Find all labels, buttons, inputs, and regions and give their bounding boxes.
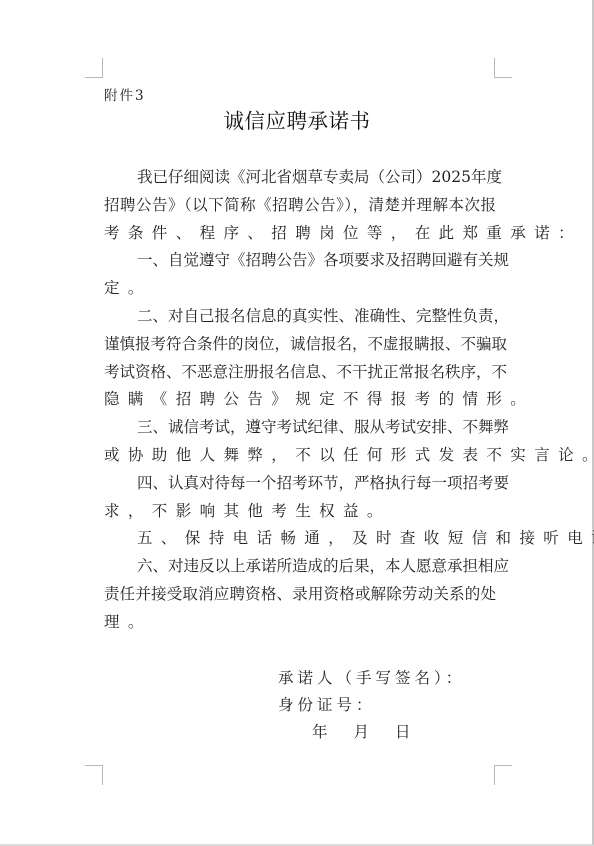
paragraph-intro-line: 招聘公告》（以下简称《招聘公告》），清楚并理解本次报 (104, 192, 496, 220)
paragraph-item-3-line: 三、诚信考试，遵守考试纪律、服从考试安排、不舞弊 (104, 414, 496, 442)
signature-name-label: 承诺人（手写签名）： (278, 666, 465, 688)
paragraph-item-4-line: 求，不影响其他考生权益。 (104, 498, 496, 526)
paragraph-item-2-line: 二、对自己报名信息的真实性、准确性、完整性负责， (104, 303, 496, 331)
margin-corner-bottom-right (494, 765, 512, 785)
paragraph-item-1-line: 一、自觉遵守《招聘公告》各项要求及招聘回避有关规 (104, 247, 496, 275)
paragraph-intro-line: 我已仔细阅读《河北省烟草专卖局（公司）2025年度 (104, 164, 496, 192)
signature-id-label: 身份证号： (278, 693, 376, 715)
paragraph-item-3-line: 或协助他人舞弊，不以任何形式发表不实言论。 (104, 442, 496, 470)
document-page: 附件3 诚信应聘承诺书 我已仔细阅读《河北省烟草专卖局（公司）2025年度 招聘… (0, 0, 594, 846)
date-month-label: 月 (354, 720, 370, 742)
paragraph-item-2-line: 考试资格、不恶意注册报名信息、不干扰正常报名秩序，不 (104, 359, 496, 387)
margin-corner-bottom-left (85, 765, 103, 785)
paragraph-intro-line: 考条件、程序、招聘岗位等，在此郑重承诺： (104, 220, 496, 248)
margin-corner-top-left (85, 58, 103, 78)
paragraph-item-5-line: 五、保持电话畅通，及时查收短信和接听电话。 (104, 525, 496, 553)
paragraph-item-6-line: 责任并接受取消应聘资格、录用资格或解除劳动关系的处 (104, 581, 496, 609)
document-body: 我已仔细阅读《河北省烟草专卖局（公司）2025年度 招聘公告》（以下简称《招聘公… (104, 164, 496, 637)
paragraph-item-2-line: 隐瞒《招聘公告》规定不得报考的情形。 (104, 386, 496, 414)
date-year-label: 年 (312, 720, 328, 742)
date-day-label: 日 (395, 720, 411, 742)
paragraph-item-4-line: 四、认真对待每一个招考环节，严格执行每一项招考要 (104, 470, 496, 498)
paragraph-item-6-line: 理。 (104, 609, 496, 637)
attachment-label: 附件3 (104, 84, 146, 104)
paragraph-item-6-line: 六、对违反以上承诺所造成的后果，本人愿意承担相应 (104, 553, 496, 581)
paragraph-item-2-line: 谨慎报考符合条件的岗位，诚信报名，不虚报瞒报、不骗取 (104, 331, 496, 359)
document-title: 诚信应聘承诺书 (0, 104, 594, 134)
signature-date: 年月日 (312, 720, 411, 742)
margin-corner-top-right (494, 58, 512, 78)
paragraph-item-1-line: 定。 (104, 275, 496, 303)
